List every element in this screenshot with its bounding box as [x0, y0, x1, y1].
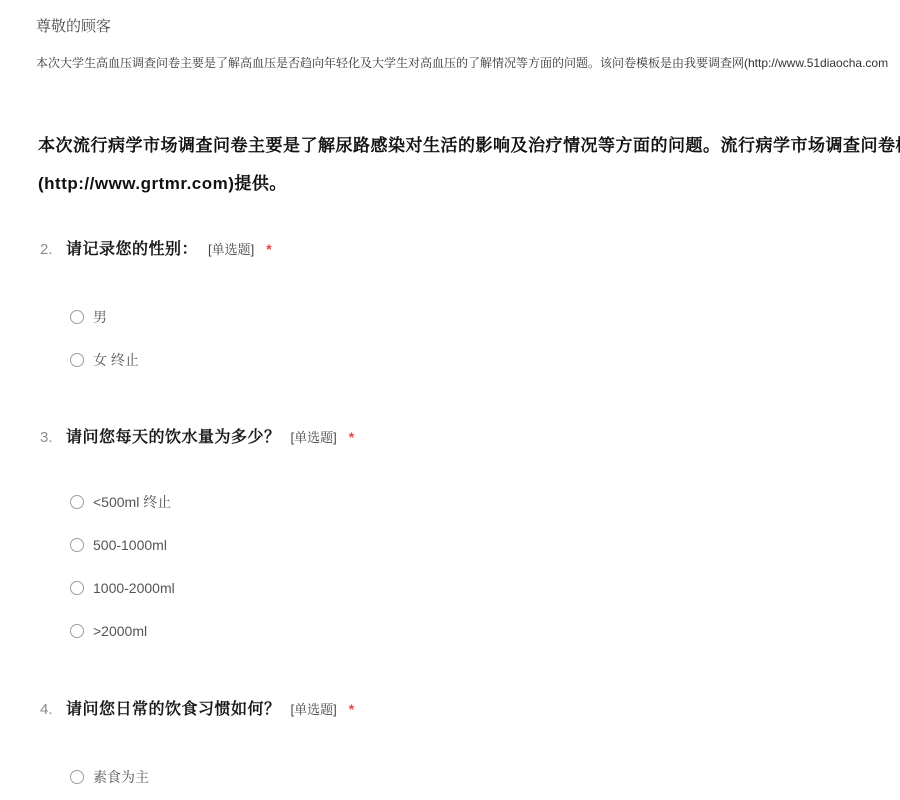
survey-intro-bold-line1: 本次流行病学市场调查问卷主要是了解尿路感染对生活的影响及治疗情况等方面的问题。流…: [38, 131, 900, 156]
option-label[interactable]: 女 终止: [93, 350, 139, 370]
radio-button[interactable]: [70, 353, 84, 367]
survey-intro-small: 本次大学生高血压调查问卷主要是了解高血压是否趋向年轻化及大学生对高血压的了解情况…: [36, 54, 888, 71]
option-label[interactable]: 1000-2000ml: [93, 580, 175, 596]
option-label[interactable]: >2000ml: [93, 623, 147, 639]
required-asterisk: *: [266, 241, 271, 257]
radio-button[interactable]: [70, 581, 84, 595]
survey-greeting: 尊敬的顾客: [36, 15, 111, 36]
required-asterisk: *: [349, 429, 354, 445]
required-asterisk: *: [349, 701, 354, 717]
survey-intro-bold-line2: (http://www.grtmr.com)提供。: [38, 169, 287, 194]
question-number: 4.: [40, 701, 66, 718]
radio-option-500-1000ml[interactable]: 500-1000ml: [70, 535, 167, 555]
question-title: 请问您日常的饮食习惯如何？: [66, 696, 281, 719]
option-label[interactable]: 素食为主: [93, 767, 149, 787]
radio-option-vegetarian[interactable]: 素食为主: [70, 767, 149, 787]
radio-option-gt2000ml[interactable]: >2000ml: [70, 621, 147, 641]
radio-button[interactable]: [70, 538, 84, 552]
survey-page: 尊敬的顾客 本次大学生高血压调查问卷主要是了解高血压是否趋向年轻化及大学生对高血…: [0, 0, 900, 800]
radio-option-male[interactable]: 男: [70, 307, 107, 327]
question-type-tag: [单选题]: [208, 239, 254, 258]
option-label[interactable]: <500ml 终止: [93, 492, 171, 512]
radio-button[interactable]: [70, 310, 84, 324]
radio-button[interactable]: [70, 495, 84, 509]
question-type-tag: [单选题]: [291, 699, 337, 718]
option-label[interactable]: 男: [93, 307, 107, 327]
question-number: 3.: [40, 429, 66, 446]
question-title: 请记录您的性别：: [66, 236, 198, 259]
question-number: 2.: [40, 241, 66, 258]
radio-option-1000-2000ml[interactable]: 1000-2000ml: [70, 578, 175, 598]
radio-option-lt500ml[interactable]: <500ml 终止: [70, 492, 171, 512]
question-4-header: 4. 请问您日常的饮食习惯如何？ [单选题] *: [40, 696, 354, 719]
radio-button[interactable]: [70, 624, 84, 638]
radio-button[interactable]: [70, 770, 84, 784]
question-2-header: 2. 请记录您的性别： [单选题] *: [40, 236, 272, 259]
radio-option-female[interactable]: 女 终止: [70, 350, 139, 370]
option-label[interactable]: 500-1000ml: [93, 537, 167, 553]
question-3-header: 3. 请问您每天的饮水量为多少？ [单选题] *: [40, 424, 354, 447]
question-type-tag: [单选题]: [291, 427, 337, 446]
question-title: 请问您每天的饮水量为多少？: [66, 424, 281, 447]
